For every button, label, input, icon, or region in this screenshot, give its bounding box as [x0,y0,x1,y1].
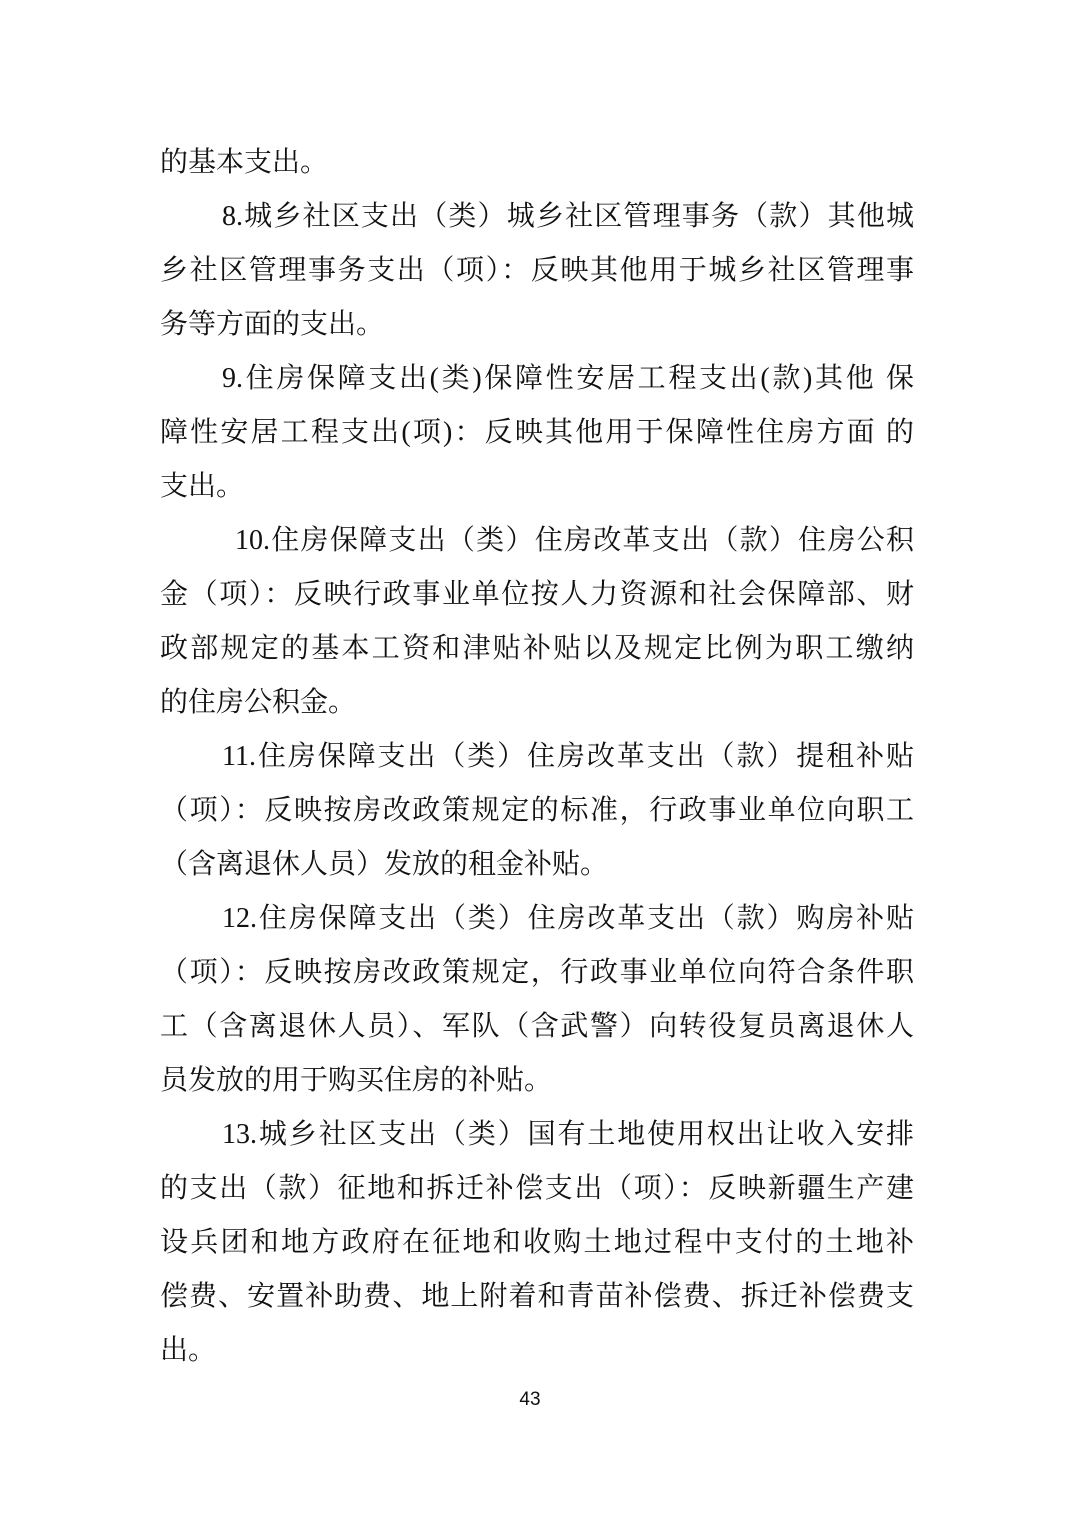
text-line: 政部规定的基本工资和津贴补贴以及规定比例为职工缴纳 [160,622,914,676]
text-line: 偿费、安置补助费、地上附着和青苗补偿费、拆迁补偿费支 [160,1270,914,1324]
page-number: 43 [0,1387,1060,1413]
text-line: 的住房公积金。 [160,676,914,730]
text-line: 出。 [160,1324,914,1378]
body-text: 的基本支出。 8.城乡社区支出（类）城乡社区管理事务（款）其他城 乡社区管理事务… [160,136,914,1378]
text-line: （含离退休人员）发放的租金补贴。 [160,838,914,892]
text-line: 11.住房保障支出（类）住房改革支出（款）提租补贴 [160,730,914,784]
text-line: 9.住房保障支出(类)保障性安居工程支出(款)其他 保 [160,352,914,406]
text-line: 13.城乡社区支出（类）国有土地使用权出让收入安排 [160,1108,914,1162]
text-line: 10.住房保障支出（类）住房改革支出（款）住房公积 [160,514,914,568]
text-line: 员发放的用于购买住房的补贴。 [160,1054,914,1108]
text-line: 乡社区管理事务支出（项）：反映其他用于城乡社区管理事 [160,244,914,298]
text-line: 障性安居工程支出(项)：反映其他用于保障性住房方面 的 [160,406,914,460]
document-page: 的基本支出。 8.城乡社区支出（类）城乡社区管理事务（款）其他城 乡社区管理事务… [0,0,1074,1520]
text-line: 的基本支出。 [160,136,914,190]
text-line: （项）：反映按房改政策规定的标准，行政事业单位向职工 [160,784,914,838]
text-line: 支出。 [160,460,914,514]
text-line: 设兵团和地方政府在征地和收购土地过程中支付的土地补 [160,1216,914,1270]
text-line: （项）：反映按房改政策规定，行政事业单位向符合条件职 [160,946,914,1000]
text-line: 工（含离退休人员）、军队（含武警）向转役复员离退休人 [160,1000,914,1054]
text-line: 12.住房保障支出（类）住房改革支出（款）购房补贴 [160,892,914,946]
text-line: 务等方面的支出。 [160,298,914,352]
text-line: 的支出（款）征地和拆迁补偿支出（项）：反映新疆生产建 [160,1162,914,1216]
text-line: 8.城乡社区支出（类）城乡社区管理事务（款）其他城 [160,190,914,244]
text-line: 金（项）：反映行政事业单位按人力资源和社会保障部、财 [160,568,914,622]
